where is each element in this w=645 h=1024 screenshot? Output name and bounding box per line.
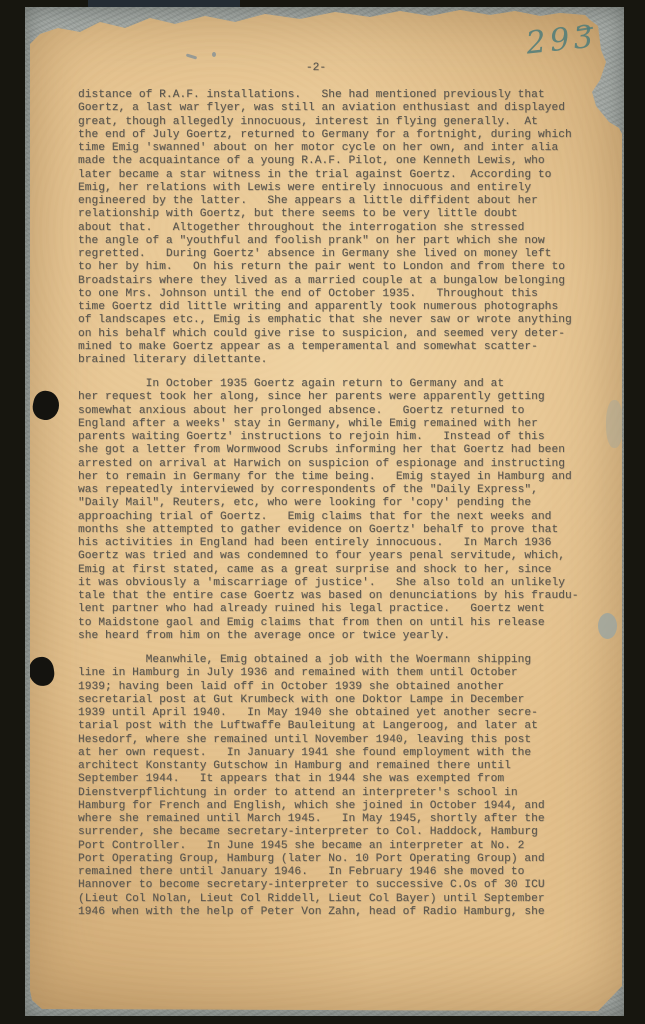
ink-speck <box>186 53 197 59</box>
page-number: -2- <box>266 62 366 75</box>
stain-smudge <box>606 400 623 448</box>
scan-background: { "document": { "page_number": "-2-", "h… <box>0 0 645 1024</box>
paragraph-2: In October 1935 Goertz again return to G… <box>78 378 579 643</box>
paragraph-3: Meanwhile, Emig obtained a job with the … <box>78 654 545 919</box>
punch-hole-bottom <box>27 655 56 687</box>
ink-speck <box>212 52 216 57</box>
paragraph-1: distance of R.A.F. installations. She ha… <box>78 89 572 367</box>
stain-dot <box>598 613 617 639</box>
punch-hole-top <box>30 389 61 423</box>
handwritten-page-number: 293 <box>524 18 599 61</box>
document-page: -2- distance of R.A.F. installations. Sh… <box>26 10 622 1014</box>
